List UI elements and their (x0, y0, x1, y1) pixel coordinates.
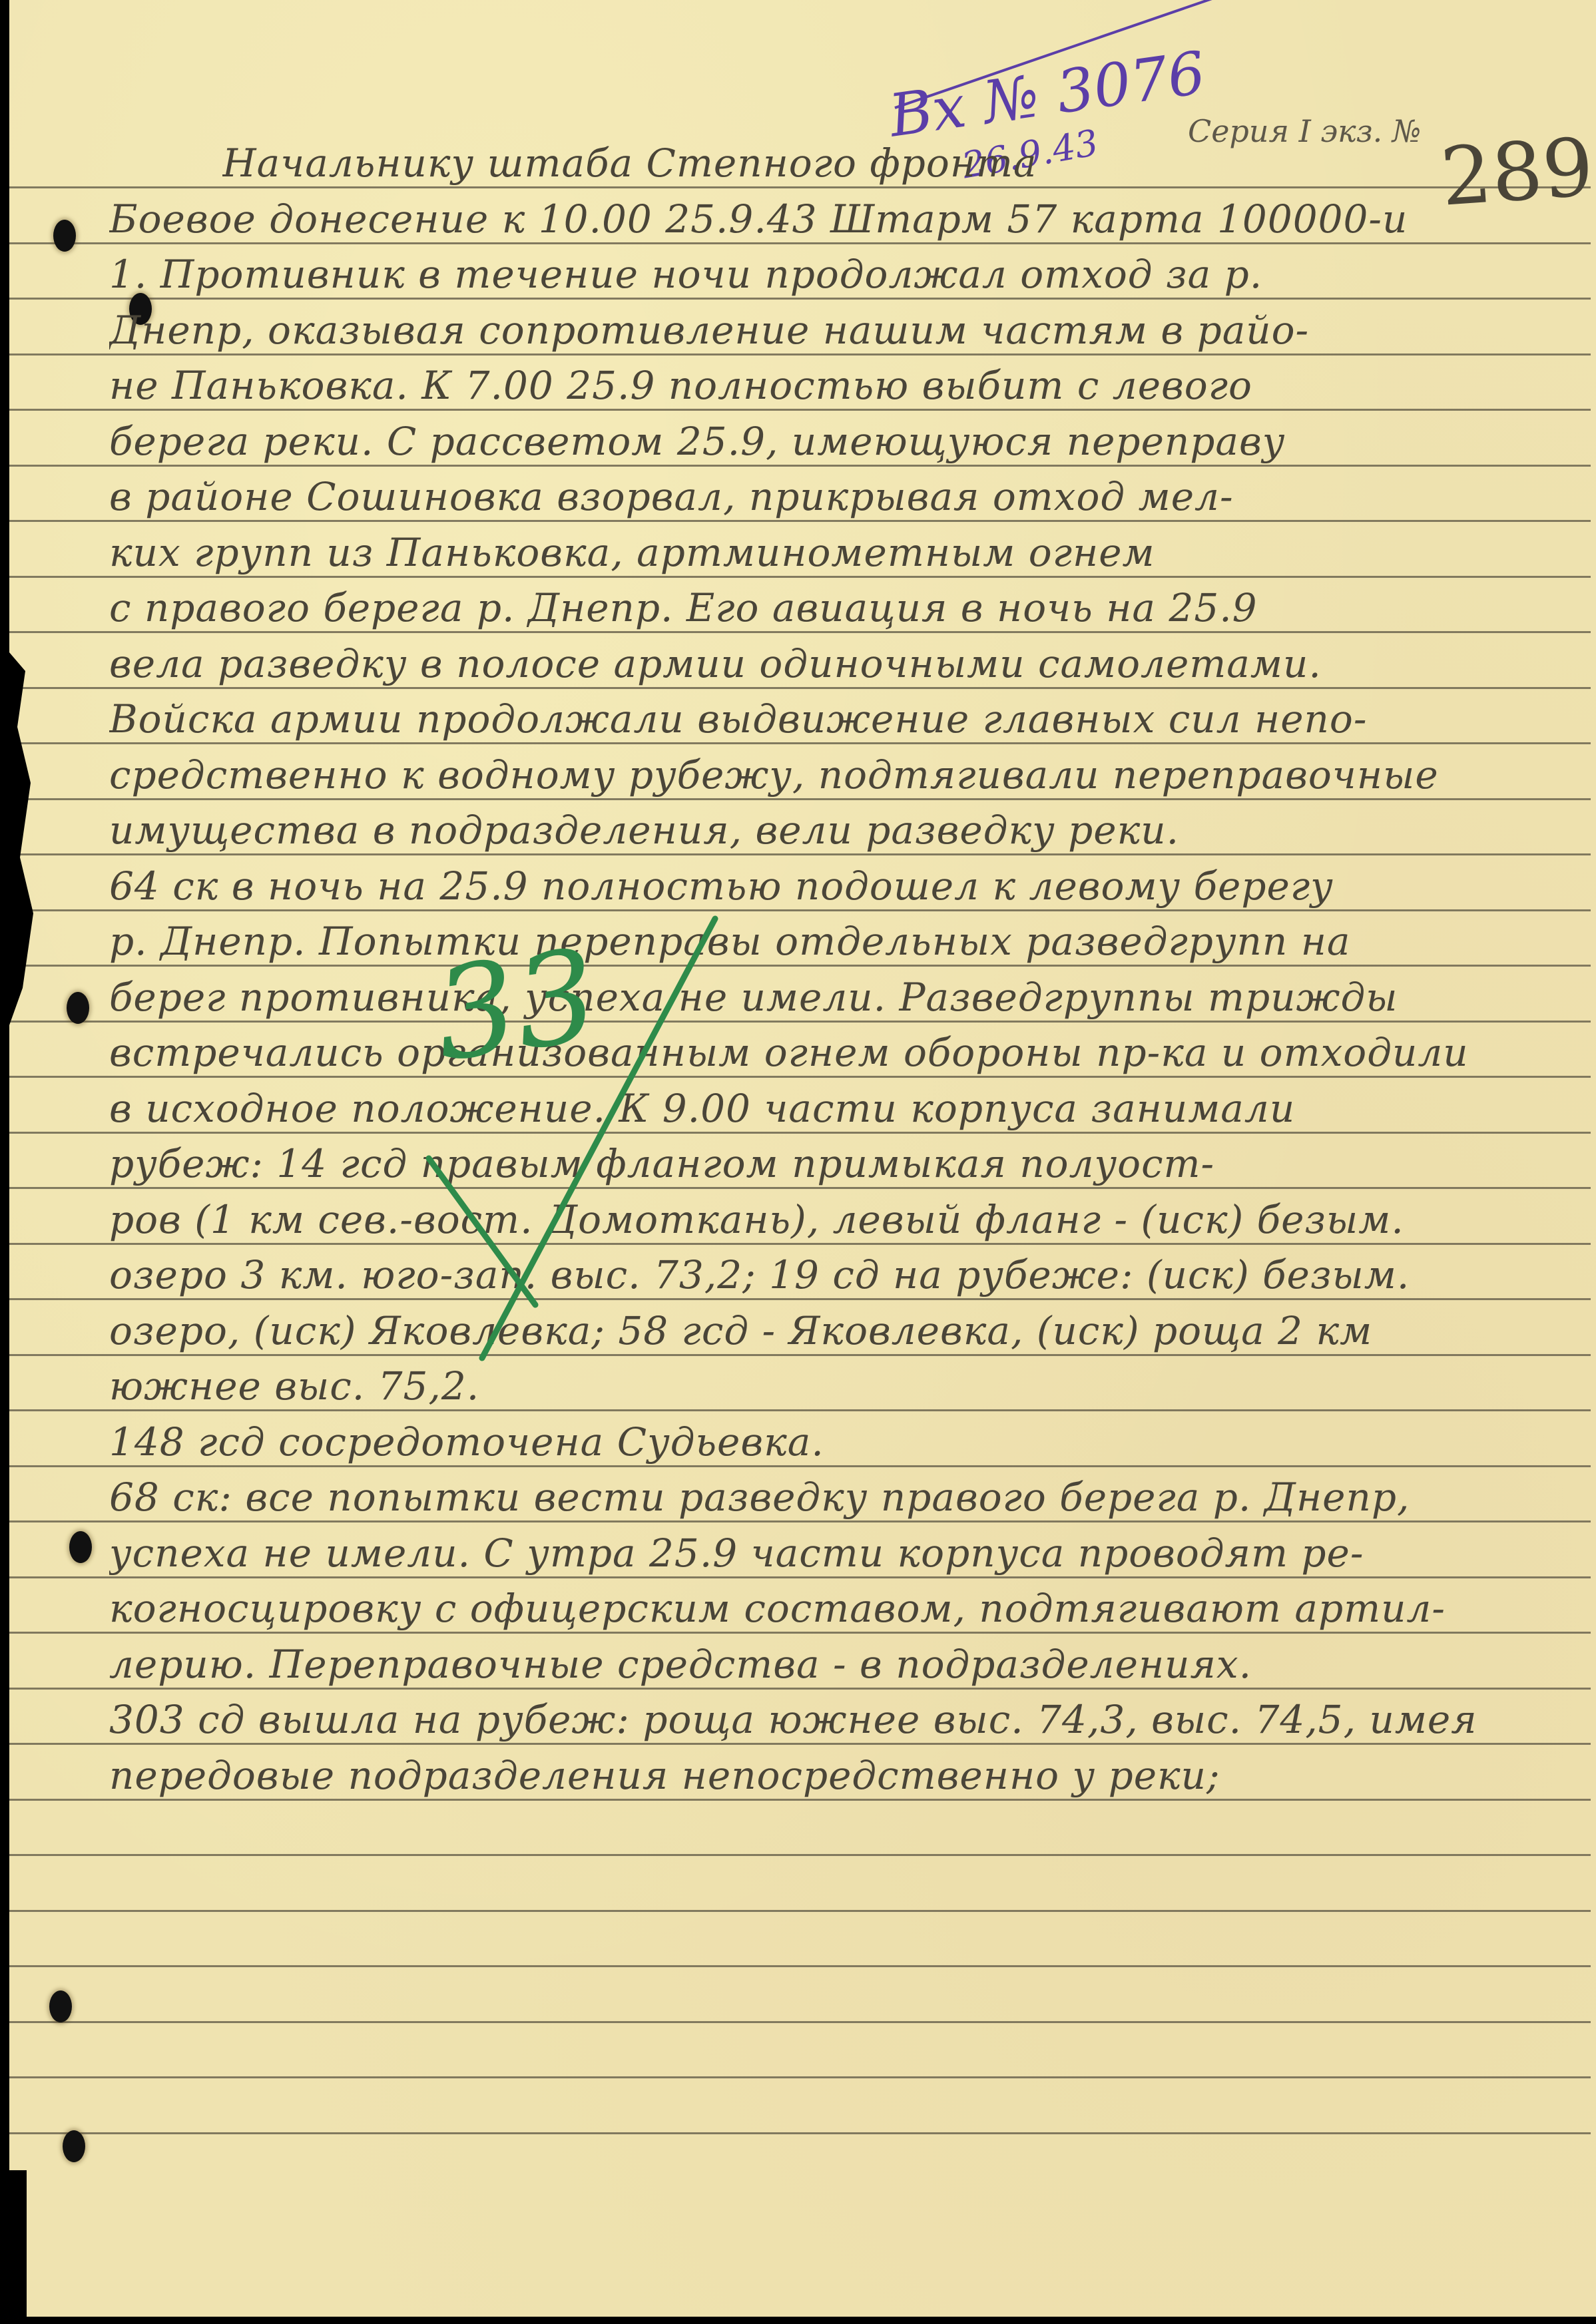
text-line: берег противника, успеха не имели. Разве… (109, 967, 1569, 1027)
rule-line (9, 2132, 1591, 2134)
rule-line (9, 2076, 1591, 2078)
torn-edge (9, 652, 36, 1025)
text-line: 1. Противник в течение ночи продолжал от… (109, 244, 1569, 304)
rule-line (9, 1910, 1591, 1912)
punch-hole (69, 1531, 92, 1563)
punch-hole (53, 220, 76, 252)
text-line: в районе Сошиновка взорвал, прикрывая от… (109, 467, 1569, 527)
text-line: Днепр, оказывая сопротивление нашим част… (109, 300, 1569, 360)
text-line: южнее выс. 75,2. (109, 1356, 1569, 1416)
punch-hole (49, 1990, 72, 2022)
green-annotation: 33 (426, 921, 606, 1089)
text-line: когносцировку с офицерским составом, под… (109, 1578, 1569, 1638)
text-line: озеро 3 км. юго-зап. выс. 73,2; 19 сд на… (109, 1245, 1569, 1305)
text-line: вела разведку в полосе армии одиночными … (109, 634, 1569, 694)
text-line: успеха не имели. С утра 25.9 части корпу… (109, 1523, 1569, 1583)
rule-line (9, 2021, 1591, 2023)
torn-edge (0, 2170, 27, 2324)
punch-hole (63, 2130, 85, 2162)
text-line: не Паньковка. К 7.00 25.9 полностью выби… (109, 355, 1569, 415)
text-line: 303 сд вышла на рубеж: роща южнее выс. 7… (109, 1690, 1569, 1749)
text-line: лерию. Переправочные средства - в подраз… (109, 1634, 1569, 1694)
text-line: имущества в подразделения, вели разведку… (109, 800, 1569, 860)
document-page: Вх № 3076 26.9.43 Серия I экз. № 289 Нач… (9, 0, 1596, 2317)
text-line: встречались организованным огнем обороны… (109, 1023, 1569, 1082)
text-line: озеро, (иск) Яковлевка; 58 гсд - Яковлев… (109, 1301, 1569, 1361)
text-line: ких групп из Паньковка, артминометным ог… (109, 523, 1569, 582)
text-line: 64 ск в ночь на 25.9 полностью подошел к… (109, 856, 1569, 916)
text-line: Боевое донесение к 10.00 25.9.43 Штарм 5… (109, 189, 1569, 249)
text-line: средственно к водному рубежу, подтягивал… (109, 745, 1569, 805)
text-line: 68 ск: все попытки вести разведку правог… (109, 1467, 1569, 1527)
addressee-line: Начальнику штаба Степного фронта (222, 133, 1569, 193)
text-line: рубеж: 14 гсд правым флангом примыкая по… (109, 1134, 1569, 1194)
rule-line (9, 1965, 1591, 1967)
text-line: с правого берега р. Днепр. Его авиация в… (109, 578, 1569, 638)
punch-hole (67, 992, 89, 1024)
text-line: передовые подразделения непосредственно … (109, 1745, 1569, 1805)
text-line: р. Днепр. Попытки переправы отдельных ра… (109, 911, 1569, 971)
text-line: Войска армии продолжали выдвижение главн… (109, 689, 1569, 749)
text-line: 148 гсд сосредоточена Судьевка. (109, 1412, 1569, 1472)
text-line: берега реки. С рассветом 25.9, имеющуюся… (109, 411, 1569, 471)
text-line: в исходное положение. К 9.00 части корпу… (109, 1078, 1569, 1138)
rule-line (9, 1854, 1591, 1856)
text-line: ров (1 км сев.-вост. Домоткань), левый ф… (109, 1190, 1569, 1250)
